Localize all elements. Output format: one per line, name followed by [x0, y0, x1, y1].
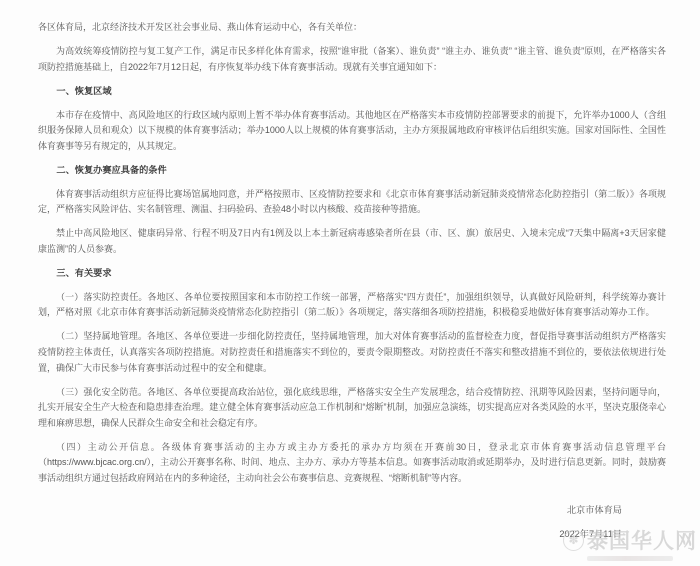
section-3-paragraph-3: （三）强化安全防范。各地区、各单位要提高政治站位，强化底线思维，严格落实安全生产… [38, 385, 666, 432]
section-2-paragraph-2: 禁止中高风险地区、健康码异常、行程不明及7日内有1例及以上本土新冠病毒感染者所在… [38, 226, 666, 257]
notice-document: 各区体育局，北京经济技术开发区社会事业局、燕山体育运动中心，各有关单位： 为高效… [38, 20, 666, 543]
section-3-paragraph-4: （四）主动公开信息。各级体育赛事活动的主办方或主办方委托的承办方均须在开赛前30… [38, 440, 666, 487]
section-1-heading: 一、恢复区域 [38, 84, 666, 100]
notice-page: 各区体育局，北京经济技术开发区社会事业局、燕山体育运动中心，各有关单位： 为高效… [0, 0, 700, 566]
signature-block: 北京市体育局 2022年7月11日 [38, 503, 666, 543]
section-1-paragraph-1: 本市存在疫情中、高风险地区的行政区域内原则上暂不举办体育赛事活动。其他地区在严格… [38, 108, 666, 155]
section-3-heading: 三、有关要求 [38, 266, 666, 282]
watermark-tagline-bar [587, 556, 673, 561]
section-3-paragraph-2: （二）坚持属地管理。各地区、各单位要进一步细化防控责任，坚持属地管理，加大对体育… [38, 329, 666, 376]
signature-org: 北京市体育局 [38, 503, 622, 519]
salutation: 各区体育局，北京经济技术开发区社会事业局、燕山体育运动中心，各有关单位： [38, 20, 666, 36]
signature-date: 2022年7月11日 [38, 527, 622, 543]
section-2-heading: 二、恢复办赛应具备的条件 [38, 163, 666, 179]
section-2-paragraph-1: 体育赛事活动组织方应征得比赛场馆属地同意，并严格按照市、区疫情防控要求和《北京市… [38, 187, 666, 218]
section-3-paragraph-1: （一）落实防控责任。各地区、各单位要按照国家和本市防控工作统一部署，严格落实“四… [38, 290, 666, 321]
intro-paragraph: 为高效统筹疫情防控与复工复产工作，满足市民多样化体育需求，按照“谁审批（备案）、… [38, 44, 666, 75]
